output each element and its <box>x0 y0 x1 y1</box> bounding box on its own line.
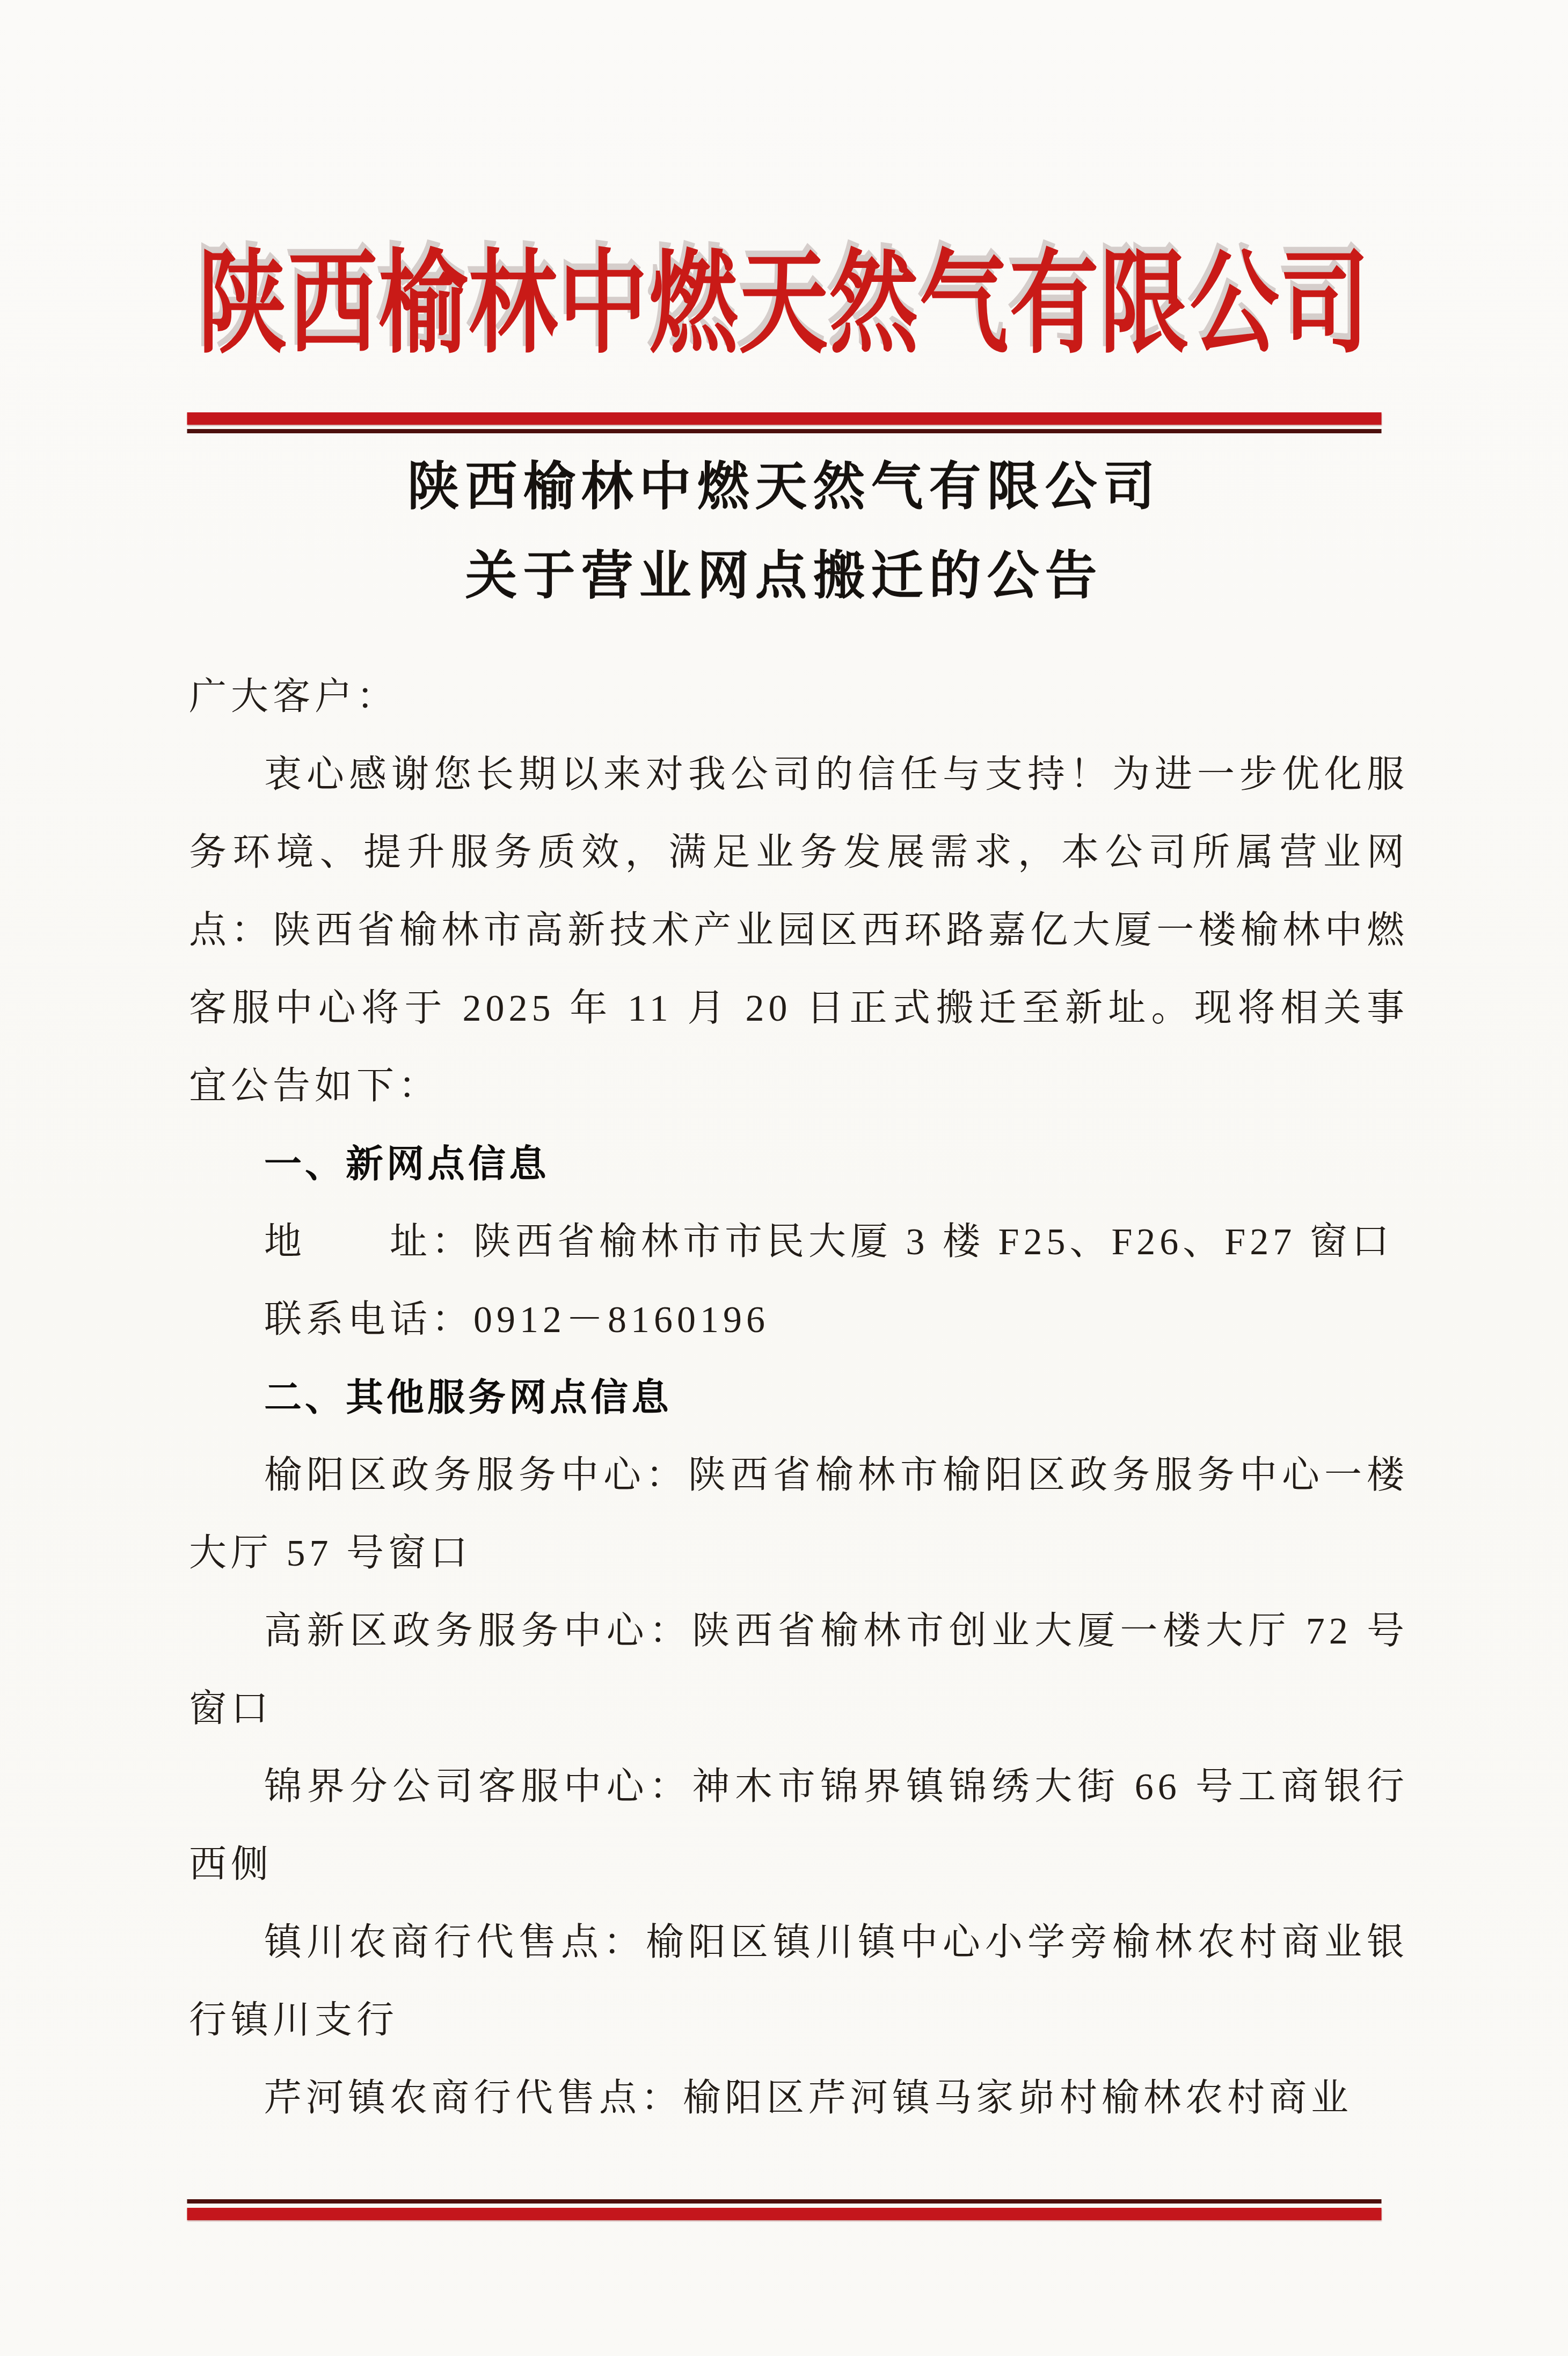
outlet-line-zhenchuan: 镇川农商行代售点：榆阳区镇川镇中心小学旁榆林农村商业银行镇川支行 <box>189 1904 1409 2060</box>
document-title-subject: 关于营业网点搬迁的公告 <box>0 532 1568 621</box>
salutation: 广大客户： <box>189 658 1409 736</box>
header-rule-thick-line <box>187 412 1381 425</box>
section1-heading: 一、新网点信息 <box>189 1125 1409 1203</box>
outlet-line-yuyang: 榆阳区政务服务中心：陕西省榆林市榆阳区政务服务中心一楼大厅 57 号窗口 <box>189 1437 1409 1593</box>
outlet-line-gaoxin: 高新区政务服务中心：陕西省榆林市创业大厦一楼大厅 72 号窗口 <box>189 1593 1409 1748</box>
intro-paragraph: 衷心感谢您长期以来对我公司的信任与支持！为进一步优化服务环境、提升服务质效，满足… <box>189 736 1409 1125</box>
footer-rule-thick-line <box>187 2208 1381 2220</box>
phone-label: 联系电话： <box>264 1299 473 1341</box>
outlet-line-qinhe: 芹河镇农商行代售点：榆阳区芹河镇马家峁村榆林农村商业 <box>189 2060 1409 2137</box>
footer-rule-thin-line <box>187 2199 1381 2204</box>
document-page: 陕西榆林中燃天然气有限公司 陕西榆林中燃天然气有限公司 关于营业网点搬迁的公告 … <box>0 0 1568 2356</box>
header-rule-gap <box>187 425 1381 429</box>
section2-heading: 二、其他服务网点信息 <box>189 1359 1409 1437</box>
document-body: 广大客户： 衷心感谢您长期以来对我公司的信任与支持！为进一步优化服务环境、提升服… <box>189 658 1409 2137</box>
address-line: 地 址：陕西省榆林市市民大厦 3 楼 F25、F26、F27 窗口 <box>189 1203 1409 1281</box>
address-label: 地 址： <box>264 1221 473 1263</box>
document-title-company: 陕西榆林中燃天然气有限公司 <box>0 442 1568 532</box>
header-rule-thin-line <box>187 429 1381 433</box>
footer-rule-gap <box>187 2204 1381 2208</box>
header-red-separator <box>187 412 1381 433</box>
phone-line: 联系电话：0912－8160196 <box>189 1281 1409 1359</box>
outlet-line-jinjie: 锦界分公司客服中心：神木市锦界镇锦绣大街 66 号工商银行西侧 <box>189 1748 1409 1904</box>
phone-value: 0912－8160196 <box>473 1299 769 1341</box>
letterhead-company-name: 陕西榆林中燃天然气有限公司 <box>157 241 1411 369</box>
address-value: 陕西省榆林市市民大厦 3 楼 F25、F26、F27 窗口 <box>473 1221 1394 1263</box>
document-title-block: 陕西榆林中燃天然气有限公司 关于营业网点搬迁的公告 <box>0 442 1568 621</box>
footer-red-separator <box>187 2199 1381 2220</box>
